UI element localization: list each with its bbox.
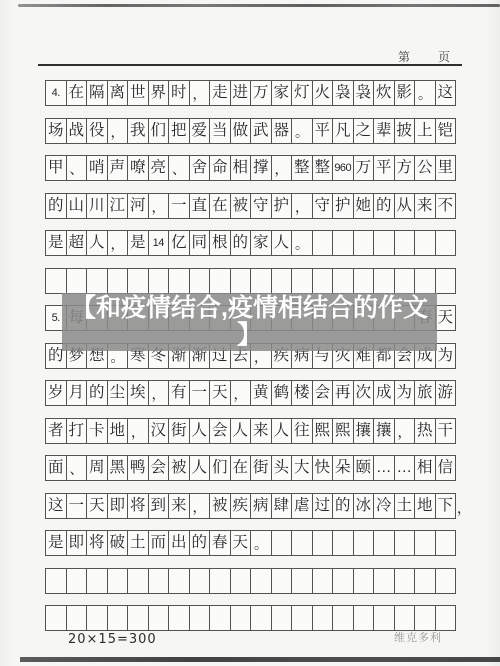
grid-cell: 黄 bbox=[250, 380, 272, 406]
grid-cell bbox=[353, 605, 375, 631]
grid-cell: 河 bbox=[127, 193, 149, 219]
grid-cell: 亮 bbox=[148, 155, 170, 181]
grid-cell bbox=[86, 605, 108, 631]
grid-cell: 有 bbox=[168, 380, 190, 406]
grid-cell: 往 bbox=[291, 418, 313, 444]
grid-cell: 被 bbox=[230, 193, 252, 219]
grid-cell: 袅 bbox=[332, 80, 354, 106]
grid-cell: 再 bbox=[332, 380, 354, 406]
grid-cell: 、 bbox=[66, 455, 88, 481]
grid-cell: 家 bbox=[271, 80, 293, 106]
grid-cell: 方 bbox=[394, 155, 416, 181]
grid-cell: 爱 bbox=[189, 118, 211, 144]
grid-cell bbox=[230, 605, 252, 631]
grid-cell: 影 bbox=[394, 80, 416, 106]
grid-cell: ， bbox=[189, 80, 211, 106]
grid-cell: 冰 bbox=[353, 493, 375, 519]
grid-cell bbox=[291, 268, 313, 294]
grid-cell: 是 bbox=[45, 230, 67, 256]
grid-cell: 熙 bbox=[312, 418, 334, 444]
grid-cell: ， bbox=[127, 418, 149, 444]
grid-cell: 旅 bbox=[414, 380, 436, 406]
grid-cell: 武 bbox=[250, 118, 272, 144]
grid-cell: 守 bbox=[250, 193, 272, 219]
grid-cell bbox=[373, 230, 395, 256]
grid-cell: 一 bbox=[189, 380, 211, 406]
grid-cell: 山 bbox=[66, 193, 88, 219]
scan-streak-bottom bbox=[20, 657, 500, 662]
grid-cell: 虐 bbox=[291, 493, 313, 519]
grid-cell: 炊 bbox=[373, 80, 395, 106]
grid-cell bbox=[209, 568, 231, 594]
grid-cell: 土 bbox=[127, 530, 149, 556]
grid-cell bbox=[373, 605, 395, 631]
grid-cell bbox=[86, 268, 108, 294]
grid-cell: 根 bbox=[209, 230, 231, 256]
grid-cell bbox=[189, 568, 211, 594]
grid-cell: 在 bbox=[209, 193, 231, 219]
grid-cell: 街 bbox=[250, 455, 272, 481]
grid-cell: 游 bbox=[435, 380, 457, 406]
grid-cell: 人 bbox=[271, 418, 293, 444]
grid: 4.在隔离世界时，走进万家灯火袅袅炊影。这场战役，我们把爱当做武器。平凡之辈披上… bbox=[45, 80, 471, 631]
grid-cell: 凡 bbox=[332, 118, 354, 144]
grid-row: 这一天即将到来，被疾病肆虐过的冰冷土地下， bbox=[45, 493, 471, 519]
grid-cell: 是 bbox=[45, 530, 67, 556]
grid-cell: 楼 bbox=[291, 380, 313, 406]
grid-cell: 人 bbox=[189, 455, 211, 481]
grid-cell bbox=[45, 268, 67, 294]
grid-cell bbox=[271, 568, 293, 594]
grid-cell: 一 bbox=[66, 493, 88, 519]
grid-cell: 嘹 bbox=[127, 155, 149, 181]
grid-cell: 干 bbox=[435, 418, 457, 444]
grid-cell: 被 bbox=[168, 455, 190, 481]
grid-cell: 黑 bbox=[107, 455, 129, 481]
grid-cell: 甲 bbox=[45, 155, 67, 181]
grid-cell: 她 bbox=[353, 193, 375, 219]
grid-cell: 朵 bbox=[332, 455, 354, 481]
grid-cell bbox=[209, 268, 231, 294]
grid-cell: 袅 bbox=[353, 80, 375, 106]
grid-cell: 哨 bbox=[86, 155, 108, 181]
grid-cell: 走 bbox=[209, 80, 231, 106]
caption-title-line2: 】 bbox=[237, 322, 262, 349]
row-overflow-punctuation: ， bbox=[457, 493, 471, 519]
grid-cell bbox=[414, 230, 436, 256]
watermark-text: 维克多利 bbox=[394, 629, 442, 645]
grid-cell bbox=[312, 268, 334, 294]
grid-cell: 为 bbox=[394, 380, 416, 406]
grid-row bbox=[45, 268, 471, 294]
grid-cell: 这 bbox=[45, 493, 67, 519]
grid-cell: 万 bbox=[353, 155, 375, 181]
grid-cell: 熙 bbox=[332, 418, 354, 444]
grid-cell: 相 bbox=[230, 155, 252, 181]
grid-cell: 公 bbox=[414, 155, 436, 181]
grid-cell: 月 bbox=[66, 380, 88, 406]
grid-cell: 会 bbox=[209, 418, 231, 444]
grid-cell: 将 bbox=[127, 493, 149, 519]
grid-cell: 万 bbox=[250, 80, 272, 106]
grid-cell bbox=[414, 568, 436, 594]
grid-cell: 世 bbox=[127, 80, 149, 106]
grid-cell: ， bbox=[107, 230, 129, 256]
grid-cell bbox=[394, 605, 416, 631]
grid-cell: 地 bbox=[107, 418, 129, 444]
grid-cell bbox=[394, 568, 416, 594]
grid-cell bbox=[127, 268, 149, 294]
grid-cell: 街 bbox=[168, 418, 190, 444]
grid-cell bbox=[435, 268, 457, 294]
grid-cell bbox=[435, 568, 457, 594]
grid-cell bbox=[394, 230, 416, 256]
grid-cell: 疾 bbox=[230, 493, 252, 519]
grid-cell: ， bbox=[148, 380, 170, 406]
grid-cell bbox=[332, 530, 354, 556]
grid-cell bbox=[148, 605, 170, 631]
grid-cell: 在 bbox=[66, 80, 88, 106]
grid-cell bbox=[107, 605, 129, 631]
grid-cell: 960 bbox=[332, 155, 354, 181]
grid-cell: 灯 bbox=[291, 80, 313, 106]
grid-cell: 不 bbox=[435, 193, 457, 219]
grid-cell: 热 bbox=[414, 418, 436, 444]
grid-cell: 的 bbox=[189, 530, 211, 556]
grid-cell bbox=[168, 568, 190, 594]
grid-cell: 、 bbox=[66, 155, 88, 181]
grid-cell bbox=[414, 605, 436, 631]
grid-cell: 埃 bbox=[127, 380, 149, 406]
grid-cell: 来 bbox=[414, 193, 436, 219]
grid-cell: 的 bbox=[373, 193, 395, 219]
grid-cell: 的 bbox=[332, 493, 354, 519]
grid-cell bbox=[332, 568, 354, 594]
grid-cell bbox=[435, 605, 457, 631]
grid-cell: 者 bbox=[45, 418, 67, 444]
grid-cell bbox=[148, 268, 170, 294]
grid-cell: 超 bbox=[66, 230, 88, 256]
grid-cell bbox=[353, 230, 375, 256]
grid-cell: 病 bbox=[250, 493, 272, 519]
grid-cell: 器 bbox=[271, 118, 293, 144]
grid-cell bbox=[66, 605, 88, 631]
grid-cell bbox=[107, 268, 129, 294]
grid-cell: 护 bbox=[332, 193, 354, 219]
grid-cell bbox=[394, 530, 416, 556]
grid-row: 是即将破土而出的春天。 bbox=[45, 530, 471, 556]
grid-cell: 为 bbox=[435, 343, 457, 369]
grid-cell: 春 bbox=[209, 530, 231, 556]
grid-row: 岁月的尘埃，有一天，黄鹤楼会再次成为旅游 bbox=[45, 380, 471, 406]
grid-row: 面、周黑鸭会被人们在街头大快朵颐……相信 bbox=[45, 455, 471, 481]
grid-cell bbox=[209, 605, 231, 631]
page-header-word-first: 第 bbox=[398, 48, 411, 65]
grid-cell: 护 bbox=[271, 193, 293, 219]
grid-cell: 平 bbox=[373, 155, 395, 181]
grid-cell: 到 bbox=[148, 493, 170, 519]
grid-cell: … bbox=[394, 455, 416, 481]
grid-row: 场战役，我们把爱当做武器。平凡之辈披上铠 bbox=[45, 118, 471, 144]
capacity-note: 20×15=300 bbox=[68, 632, 157, 647]
grid-cell: 之 bbox=[353, 118, 375, 144]
grid-cell: 土 bbox=[394, 493, 416, 519]
grid-cell: 同 bbox=[189, 230, 211, 256]
grid-cell: 尘 bbox=[107, 380, 129, 406]
grid-cell bbox=[414, 268, 436, 294]
composition-sheet-scan: 第 页 4.在隔离世界时，走进万家灯火袅袅炊影。这场战役，我们把爱当做武器。平凡… bbox=[0, 0, 500, 666]
grid-cell: 肆 bbox=[271, 493, 293, 519]
grid-cell bbox=[373, 268, 395, 294]
grid-cell: 次 bbox=[353, 380, 375, 406]
grid-cell: 辈 bbox=[373, 118, 395, 144]
grid-row: 是超人，是14亿同根的家人。 bbox=[45, 230, 471, 256]
grid-cell bbox=[66, 268, 88, 294]
grid-cell bbox=[189, 268, 211, 294]
grid-cell bbox=[291, 530, 313, 556]
grid-cell: 。 bbox=[291, 230, 313, 256]
caption-overlay: 【和疫情结合,疫情相结合的作文 】 bbox=[62, 293, 437, 351]
grid-cell: 攘 bbox=[373, 418, 395, 444]
grid-cell bbox=[353, 530, 375, 556]
grid-cell: 天 bbox=[435, 305, 457, 331]
grid-cell: 家 bbox=[250, 230, 272, 256]
grid-cell: 冷 bbox=[373, 493, 395, 519]
grid-cell: 隔 bbox=[86, 80, 108, 106]
grid-cell: ， bbox=[107, 118, 129, 144]
grid-cell: 铠 bbox=[435, 118, 457, 144]
grid-cell bbox=[230, 568, 252, 594]
grid-cell bbox=[312, 530, 334, 556]
grid-row: 者打卡地，汉街人会人来人往熙熙攘攘，热干 bbox=[45, 418, 471, 444]
grid-cell: ， bbox=[291, 193, 313, 219]
grid-cell: 。 bbox=[250, 530, 272, 556]
grid-cell: 进 bbox=[230, 80, 252, 106]
grid-cell: 被 bbox=[209, 493, 231, 519]
grid-cell: 川 bbox=[86, 193, 108, 219]
grid-cell bbox=[127, 605, 149, 631]
grid-cell bbox=[373, 530, 395, 556]
grid-cell: 从 bbox=[394, 193, 416, 219]
grid-cell: 会 bbox=[312, 380, 334, 406]
grid-cell bbox=[353, 568, 375, 594]
grid-cell: 鸭 bbox=[127, 455, 149, 481]
grid-cell: 来 bbox=[168, 493, 190, 519]
grid-cell bbox=[271, 605, 293, 631]
grid-cell bbox=[45, 605, 67, 631]
grid-cell: 头 bbox=[271, 455, 293, 481]
grid-cell: 场 bbox=[45, 118, 67, 144]
grid-cell: 战 bbox=[66, 118, 88, 144]
grid-cell: ， bbox=[230, 380, 252, 406]
grid-row: 甲、哨声嘹亮、舍命相撑，整整960万平方公里 bbox=[45, 155, 471, 181]
grid-cell: 会 bbox=[148, 455, 170, 481]
page-header: 第 页 bbox=[398, 48, 451, 65]
grid-cell bbox=[127, 568, 149, 594]
grid-cell: 卡 bbox=[86, 418, 108, 444]
grid-cell: 舍 bbox=[189, 155, 211, 181]
grid-cell: 火 bbox=[312, 80, 334, 106]
grid-row: 的山川江河，一直在被守护，守护她的从来不 bbox=[45, 193, 471, 219]
grid-cell bbox=[394, 268, 416, 294]
grid-cell bbox=[312, 230, 334, 256]
grid-cell: 过 bbox=[312, 493, 334, 519]
grid-cell bbox=[66, 568, 88, 594]
page-header-word-second: 页 bbox=[438, 48, 451, 65]
grid-cell: 役 bbox=[86, 118, 108, 144]
grid-cell: 当 bbox=[209, 118, 231, 144]
header-rule bbox=[38, 64, 462, 66]
grid-cell bbox=[250, 268, 272, 294]
grid-cell bbox=[332, 230, 354, 256]
grid-cell: 披 bbox=[394, 118, 416, 144]
grid-cell: 在 bbox=[230, 455, 252, 481]
grid-cell: 信 bbox=[435, 455, 457, 481]
grid-cell bbox=[148, 568, 170, 594]
grid-cell bbox=[86, 568, 108, 594]
grid-row bbox=[45, 568, 471, 594]
grid-cell bbox=[189, 605, 211, 631]
grid-cell bbox=[271, 530, 293, 556]
grid-cell bbox=[291, 568, 313, 594]
grid-cell: 汉 bbox=[148, 418, 170, 444]
grid-cell: 撑 bbox=[250, 155, 272, 181]
grid-cell: 出 bbox=[168, 530, 190, 556]
grid-cell: 即 bbox=[107, 493, 129, 519]
grid-cell: 我 bbox=[127, 118, 149, 144]
grid-cell bbox=[435, 230, 457, 256]
grid-cell: 上 bbox=[414, 118, 436, 144]
grid-cell: 离 bbox=[107, 80, 129, 106]
grid-cell: 地 bbox=[414, 493, 436, 519]
grid-cell bbox=[168, 268, 190, 294]
grid-row bbox=[45, 605, 471, 631]
grid-cell: 是 bbox=[127, 230, 149, 256]
grid-cell: 14 bbox=[148, 230, 170, 256]
grid-cell bbox=[230, 268, 252, 294]
grid-cell: 人 bbox=[86, 230, 108, 256]
grid-cell: 相 bbox=[414, 455, 436, 481]
caption-title-line1: 【和疫情结合,疫情相结合的作文 bbox=[71, 295, 428, 322]
grid-cell bbox=[353, 268, 375, 294]
grid-cell: 、 bbox=[168, 155, 190, 181]
grid-cell: 人 bbox=[189, 418, 211, 444]
grid-cell bbox=[332, 605, 354, 631]
grid-cell: 成 bbox=[373, 380, 395, 406]
grid-cell: 即 bbox=[66, 530, 88, 556]
grid-cell bbox=[312, 568, 334, 594]
grid-cell: 把 bbox=[168, 118, 190, 144]
grid-cell bbox=[435, 530, 457, 556]
grid-cell: 鹤 bbox=[271, 380, 293, 406]
grid-cell bbox=[332, 268, 354, 294]
grid-cell: 平 bbox=[312, 118, 334, 144]
grid-cell bbox=[107, 568, 129, 594]
grid-cell: 面 bbox=[45, 455, 67, 481]
grid-cell: 打 bbox=[66, 418, 88, 444]
grid-cell: 下 bbox=[435, 493, 457, 519]
grid-cell: 整 bbox=[291, 155, 313, 181]
grid-cell: 声 bbox=[107, 155, 129, 181]
grid-cell bbox=[271, 268, 293, 294]
grid-cell: 做 bbox=[230, 118, 252, 144]
grid-cell: 亿 bbox=[168, 230, 190, 256]
grid-cell: 人 bbox=[230, 418, 252, 444]
grid-cell: 们 bbox=[209, 455, 231, 481]
grid-cell: 大 bbox=[291, 455, 313, 481]
grid-cell: ， bbox=[148, 193, 170, 219]
grid-cell: 4. bbox=[45, 80, 67, 106]
grid-cell bbox=[414, 530, 436, 556]
grid-cell: 攘 bbox=[353, 418, 375, 444]
grid-cell: … bbox=[373, 455, 395, 481]
grid-cell: 周 bbox=[86, 455, 108, 481]
grid-cell bbox=[45, 568, 67, 594]
grid-cell: 。 bbox=[291, 118, 313, 144]
grid-cell: 岁 bbox=[45, 380, 67, 406]
grid-cell: ， bbox=[189, 493, 211, 519]
grid-cell: 将 bbox=[86, 530, 108, 556]
grid-cell: 快 bbox=[312, 455, 334, 481]
grid-cell: 天 bbox=[230, 530, 252, 556]
grid-cell: 守 bbox=[312, 193, 334, 219]
grid-cell: 的 bbox=[86, 380, 108, 406]
grid-row: 4.在隔离世界时，走进万家灯火袅袅炊影。这 bbox=[45, 80, 471, 106]
grid-cell: 命 bbox=[209, 155, 231, 181]
grid-cell: 们 bbox=[148, 118, 170, 144]
grid-cell: 。 bbox=[414, 80, 436, 106]
grid-cell: 天 bbox=[209, 380, 231, 406]
grid-cell: ， bbox=[394, 418, 416, 444]
grid-cell bbox=[250, 568, 272, 594]
grid-cell: 整 bbox=[312, 155, 334, 181]
grid-cell: 一 bbox=[168, 193, 190, 219]
grid-cell: 时 bbox=[168, 80, 190, 106]
grid-cell: 里 bbox=[435, 155, 457, 181]
scan-streak-top bbox=[18, 4, 500, 7]
grid-cell: ， bbox=[271, 155, 293, 181]
grid-cell: 这 bbox=[435, 80, 457, 106]
grid-cell bbox=[168, 605, 190, 631]
grid-cell: 的 bbox=[45, 193, 67, 219]
grid-cell: 颐 bbox=[353, 455, 375, 481]
grid-cell bbox=[250, 605, 272, 631]
grid-cell bbox=[312, 605, 334, 631]
grid-cell: 界 bbox=[148, 80, 170, 106]
grid-cell: 破 bbox=[107, 530, 129, 556]
grid-cell bbox=[373, 568, 395, 594]
grid-cell: 直 bbox=[189, 193, 211, 219]
grid-cell: 而 bbox=[148, 530, 170, 556]
grid-cell: 来 bbox=[250, 418, 272, 444]
grid-cell: 的 bbox=[230, 230, 252, 256]
grid-cell: 人 bbox=[271, 230, 293, 256]
grid-cell: 江 bbox=[107, 193, 129, 219]
grid-cell: 天 bbox=[86, 493, 108, 519]
grid-cell bbox=[291, 605, 313, 631]
